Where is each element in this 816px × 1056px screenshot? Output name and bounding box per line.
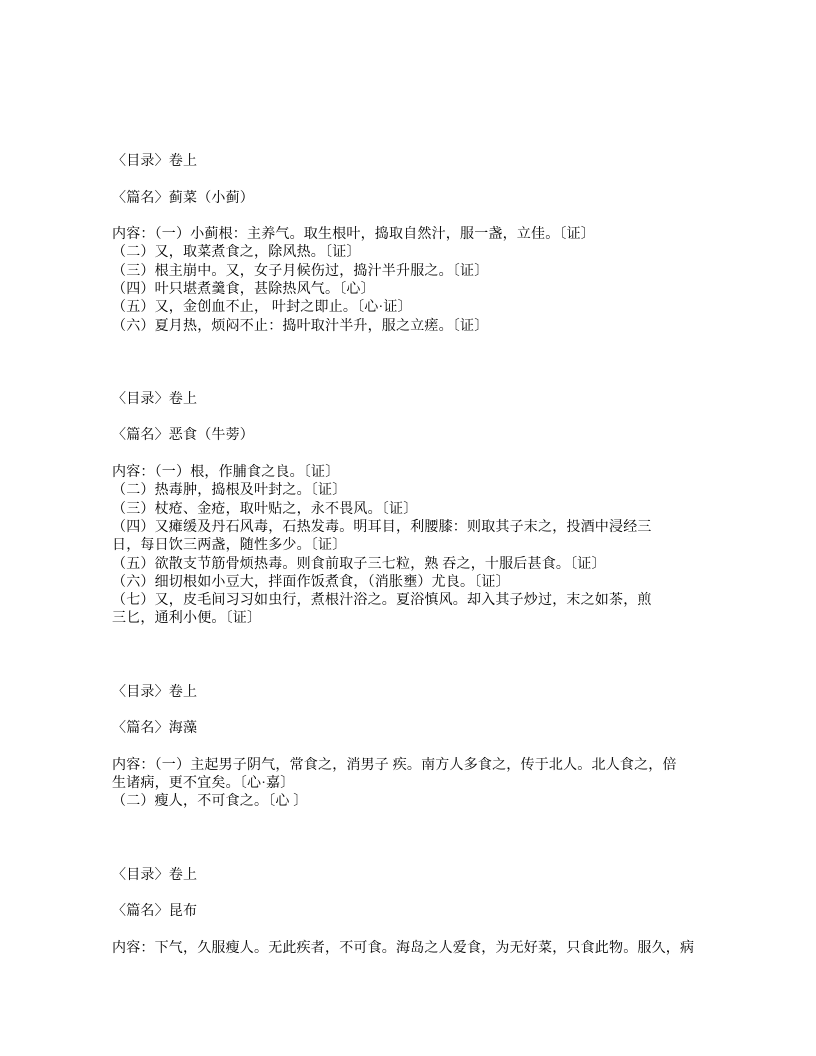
title-line: 〈篇名〉蓟菜（小蓟） [112, 190, 716, 208]
content-line: 内容：下气，久服瘦人。无此疾者，不可食。海岛之人爱食，为无好菜，只食此物。服久，… [112, 940, 716, 958]
toc-line: 〈目录〉卷上 [112, 153, 716, 171]
document-text-block: 〈目录〉卷上 〈篇名〉蓟菜（小蓟） 内容：（一）小蓟根：主养气。取生根叶，捣取自… [112, 153, 716, 958]
blank-line [112, 208, 716, 226]
toc-line: 〈目录〉卷上 [112, 391, 716, 409]
content-line: 三匕，通利小便。〔证〕 [112, 610, 716, 628]
blank-line [112, 409, 716, 427]
blank-line [112, 885, 716, 903]
content-line: （六）细切根如小豆大，拌面作饭煮食，（消胀壅）尤良。〔证〕 [112, 574, 716, 592]
entry-eshi: 〈目录〉卷上 〈篇名〉恶食（牛蒡） 内容：（一）根，作脯食之良。〔证〕 （二）热… [112, 391, 716, 629]
content-line: （六）夏月热，烦闷不止：捣叶取汁半升，服之立瘥。〔证〕 [112, 318, 716, 336]
content-line: 内容：（一）小蓟根：主养气。取生根叶，捣取自然汁，服一盏，立佳。〔证〕 [112, 226, 716, 244]
content-line: （二）热毒肿，捣根及叶封之。〔证〕 [112, 482, 716, 500]
document-page: 〈目录〉卷上 〈篇名〉蓟菜（小蓟） 内容：（一）小蓟根：主养气。取生根叶，捣取自… [0, 0, 816, 1056]
blank-line [112, 739, 716, 757]
blank-line [112, 702, 716, 720]
blank-line [112, 171, 716, 189]
content-line: （二）又，取菜煮食之，除风热。〔证〕 [112, 244, 716, 262]
content-line: （四）叶只堪煮羹食，甚除热风气。〔心〕 [112, 281, 716, 299]
content-line: 内容：（一）根，作脯食之良。〔证〕 [112, 464, 716, 482]
toc-line: 〈目录〉卷上 [112, 867, 716, 885]
content-line: （二）瘦人，不可食之。〔心 〕 [112, 793, 716, 811]
title-line: 〈篇名〉昆布 [112, 903, 716, 921]
blank-line [112, 446, 716, 464]
content-line: （七）又，皮毛间习习如虫行，煮根汁浴之。夏浴慎风。却入其子炒过，末之如茶，煎 [112, 592, 716, 610]
blank-line [112, 921, 716, 939]
entry-kunbu: 〈目录〉卷上 〈篇名〉昆布 内容：下气，久服瘦人。无此疾者，不可食。海岛之人爱食… [112, 867, 716, 958]
title-line: 〈篇名〉恶食（牛蒡） [112, 427, 716, 445]
content-line: 日，每日饮三两盏，随性多少。〔证〕 [112, 537, 716, 555]
content-line: 内容：（一）主起男子阴气，常食之，消男子 疾。南方人多食之，传于北人。北人食之，… [112, 757, 716, 775]
content-line: （三）杖疮、金疮，取叶贴之，永不畏风。〔证〕 [112, 501, 716, 519]
content-line: （五）欲散支节筋骨烦热毒。则食前取子三七粒，熟 吞之，十服后甚食。〔证〕 [112, 556, 716, 574]
toc-line: 〈目录〉卷上 [112, 684, 716, 702]
title-line: 〈篇名〉海藻 [112, 720, 716, 738]
content-line: 生诸病，更不宜矣。〔心·嘉〕 [112, 775, 716, 793]
content-line: （三）根主崩中。又，女子月候伤过，捣汁半升服之。〔证〕 [112, 263, 716, 281]
content-line: （四）又瘫缓及丹石风毒，石热发毒。明耳目，利腰膝：则取其子末之，投酒中浸经三 [112, 519, 716, 537]
entry-haizao: 〈目录〉卷上 〈篇名〉海藻 内容：（一）主起男子阴气，常食之，消男子 疾。南方人… [112, 684, 716, 812]
content-line: （五）又，金创血不止， 叶封之即止。〔心·证〕 [112, 299, 716, 317]
entry-jicai: 〈目录〉卷上 〈篇名〉蓟菜（小蓟） 内容：（一）小蓟根：主养气。取生根叶，捣取自… [112, 153, 716, 336]
